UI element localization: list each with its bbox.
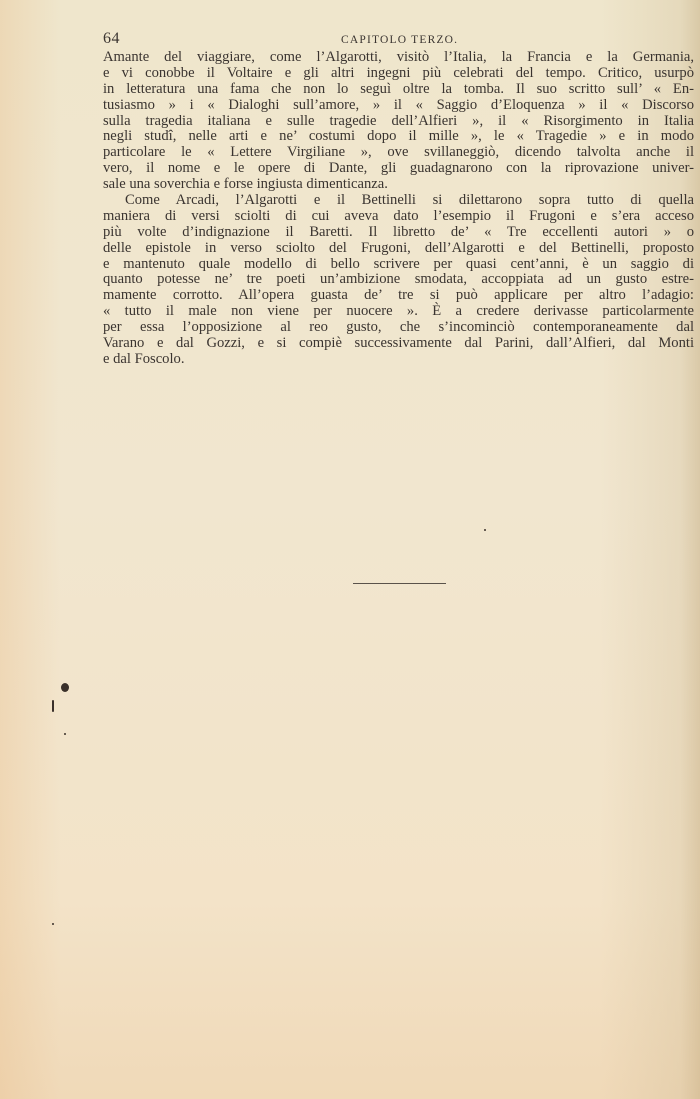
- scan-speck-icon: [52, 923, 54, 925]
- text-line: e vi conobbe il Voltaire e gli altri ing…: [103, 66, 694, 82]
- text-line: negli studî, nelle arti e ne’ costumi do…: [103, 129, 694, 145]
- text-line: Varano e dal Gozzi, e si compiè successi…: [103, 336, 694, 352]
- section-end-rule: [353, 583, 446, 584]
- text-line: Amante del viaggiare, come l’Algarotti, …: [103, 50, 694, 66]
- text-line: in letteratura una fama che non lo seguì…: [103, 82, 694, 98]
- text-line: mamente corrotto. All’opera guasta de’ t…: [103, 288, 694, 304]
- text-line: e dal Foscolo.: [103, 352, 694, 368]
- text-line: maniera di versi sciolti di cui aveva da…: [103, 209, 694, 225]
- text-line: sale una soverchia e forse ingiusta dime…: [103, 177, 694, 193]
- text-line: Come Arcadi, l’Algarotti e il Bettinelli…: [103, 193, 694, 209]
- text-line: delle epistole in verso sciolto del Frug…: [103, 241, 694, 257]
- paragraph-2: Come Arcadi, l’Algarotti e il Bettinelli…: [103, 193, 694, 368]
- text-line: particolare le « Lettere Virgiliane », o…: [103, 145, 694, 161]
- text-line: per essa l’opposizione al reo gusto, che…: [103, 320, 694, 336]
- running-head: 64 CAPITOLO TERZO.: [103, 30, 694, 50]
- scan-mark-icon: [52, 700, 54, 712]
- text-line: sulla tragedia italiana e sulle tragedie…: [103, 114, 694, 130]
- text-line: « tutto il male non viene per nuocere ».…: [103, 304, 694, 320]
- scan-speck-icon: [484, 529, 486, 531]
- paragraph-1: Amante del viaggiare, come l’Algarotti, …: [103, 50, 694, 193]
- text-line: e mantenuto quale modello di bello scriv…: [103, 257, 694, 273]
- text-line: vero, il nome e le opere di Dante, gli g…: [103, 161, 694, 177]
- book-page: 64 CAPITOLO TERZO. Amante del viaggiare,…: [103, 30, 694, 368]
- text-line: più volte d’indignazione il Baretti. Il …: [103, 225, 694, 241]
- text-line: tusiasmo » i « Dialoghi sull’amore, » il…: [103, 98, 694, 114]
- scan-speck-icon: [64, 733, 66, 735]
- page-number: 64: [103, 30, 120, 48]
- chapter-title: CAPITOLO TERZO.: [341, 34, 458, 46]
- text-line: quanto potesse ne’ tre poeti un’ambizion…: [103, 272, 694, 288]
- scan-blot-icon: [61, 683, 69, 692]
